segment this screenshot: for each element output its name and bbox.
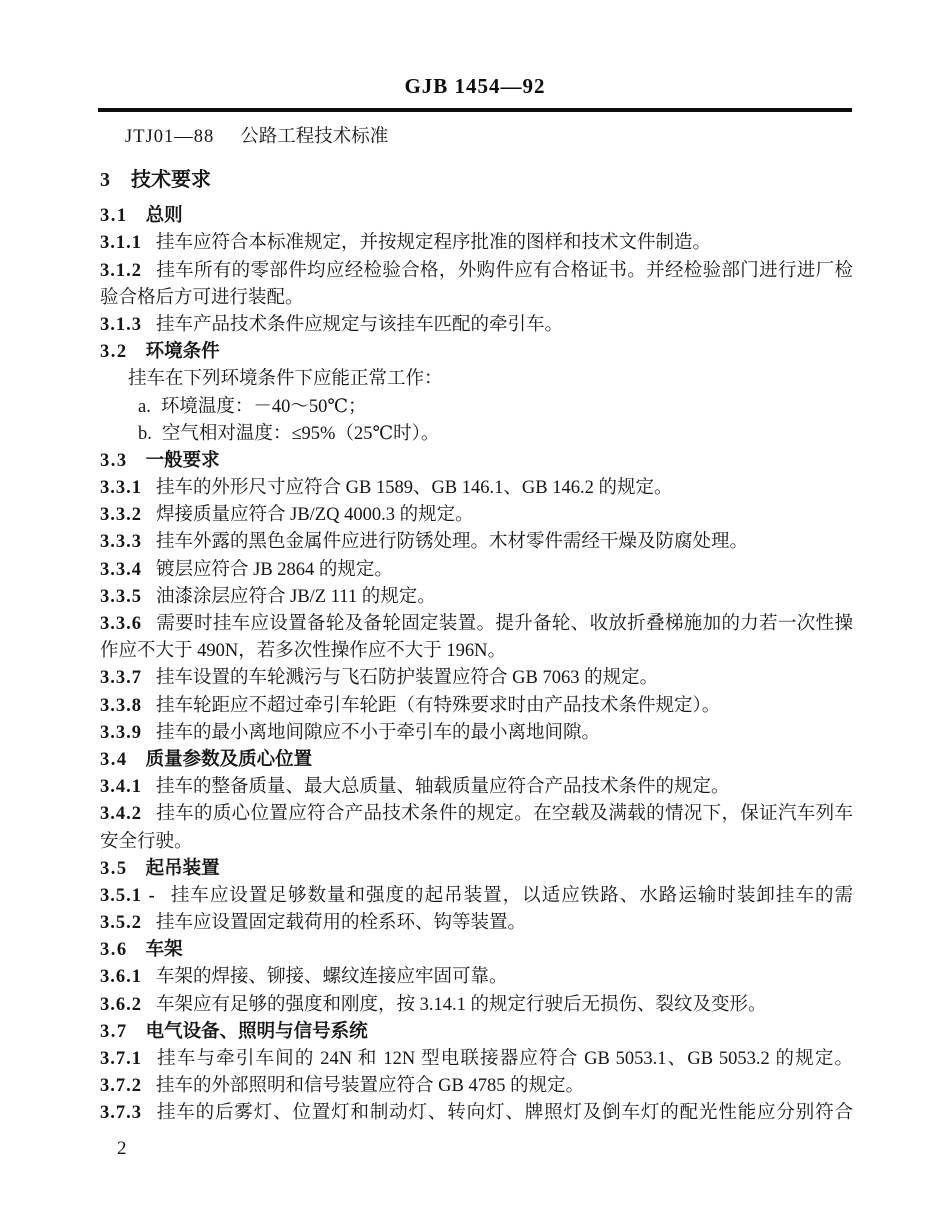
clause-3-4-2-continuation: 安全行驶。	[100, 829, 853, 856]
clause-3-6-1: 3.6.1车架的焊接、铆接、螺纹连接应牢固可靠。	[100, 964, 853, 991]
clause-text: 挂车的质心位置应符合产品技术条件的规定。在空载及满载的情况下，保证汽车列车	[156, 804, 853, 824]
heading-text: 质量参数及质心位置	[146, 750, 313, 770]
clause-number: 3.3.2	[100, 505, 142, 525]
heading-text: 车架	[146, 940, 183, 960]
clause-3-3-7: 3.3.7挂车设置的车轮溅污与飞石防护装置应符合 GB 7063 的规定。	[100, 665, 853, 692]
clause-3-3-6-continuation: 作应不大于 490N，若多次性操作应不大于 196N。	[100, 638, 853, 665]
clause-3-4-1: 3.4.1挂车的整备质量、最大总质量、轴载质量应符合产品技术条件的规定。	[100, 774, 853, 801]
clause-3-3-3: 3.3.3挂车外露的黑色金属件应进行防锈处理。木材零件需经干燥及防腐处理。	[100, 529, 853, 556]
clause-number: 3.7.3	[100, 1103, 142, 1123]
list-text: 空气相对温度：≤95%（25℃时）。	[162, 424, 440, 444]
heading-text: 一般要求	[146, 451, 220, 471]
clause-text: 挂车应符合本标准规定，并按规定程序批准的图样和技术文件制造。	[156, 233, 711, 253]
clause-text: 车架的焊接、铆接、螺纹连接应牢固可靠。	[156, 967, 508, 987]
clause-number: 3.1.2	[100, 261, 142, 281]
page-number: 2	[117, 1138, 127, 1160]
clause-text: 挂车与牵引车间的 24N 和 12N 型电联接器应符合 GB 5053.1、GB…	[156, 1049, 853, 1069]
clause-number: 3.3.4	[100, 560, 142, 580]
clause-number: 3.1.3	[100, 315, 142, 335]
clause-number: 3.4	[100, 750, 128, 770]
heading-text: 起吊装置	[146, 859, 220, 879]
clause-text: 挂车应设置足够数量和强度的起吊装置，以适应铁路、水路运输时装卸挂车的需要。	[100, 886, 853, 910]
section-heading-3-1: 3.1总则	[100, 203, 853, 230]
section-heading-3: 3技术要求	[100, 165, 853, 195]
clause-3-4-2: 3.4.2挂车的质心位置应符合产品技术条件的规定。在空载及满载的情况下，保证汽车…	[100, 801, 853, 828]
clause-text: 挂车的外部照明和信号装置应符合 GB 4785 的规定。	[156, 1076, 584, 1096]
section-heading-3-6: 3.6车架	[100, 937, 853, 964]
clause-number: 3.6.2	[100, 995, 142, 1015]
clause-number: 3.4.1	[100, 777, 142, 797]
clause-3-3-6: 3.3.6需要时挂车应设置备轮及备轮固定装置。提升备轮、收放折叠梯施加的力若一次…	[100, 611, 853, 638]
heading-text: 技术要求	[131, 169, 211, 191]
clause-text: 车架应有足够的强度和刚度，按 3.14.1 的规定行驶后无损伤、裂纹及变形。	[156, 995, 767, 1015]
clause-3-7-3: 3.7.3挂车的后雾灯、位置灯和制动灯、转向灯、牌照灯及倒车灯的配光性能应分别符…	[100, 1100, 853, 1127]
clause-text: 挂车的外形尺寸应符合 GB 1589、GB 146.1、GB 146.2 的规定…	[156, 478, 672, 498]
heading-text: 电气设备、照明与信号系统	[146, 1022, 368, 1042]
clause-text: 需要时挂车应设置备轮及备轮固定装置。提升备轮、收放折叠梯施加的力若一次性操	[156, 614, 853, 634]
clause-text: 挂车的整备质量、最大总质量、轴载质量应符合产品技术条件的规定。	[156, 777, 730, 797]
list-marker: b.	[138, 424, 152, 444]
clause-text: 挂车所有的零部件均应经检验合格，外购件应有合格证书。并经检验部门进行进厂检	[156, 261, 853, 281]
clause-text: 焊接质量应符合 JB/ZQ 4000.3 的规定。	[156, 505, 474, 525]
clause-3-3-2: 3.3.2焊接质量应符合 JB/ZQ 4000.3 的规定。	[100, 502, 853, 529]
clause-3-3-9: 3.3.9挂车的最小离地间隙应不小于牵引车的最小离地间隙。	[100, 720, 853, 747]
clause-text: 作应不大于 490N，若多次性操作应不大于 196N。	[100, 641, 506, 661]
clause-number: 3.3.1	[100, 478, 142, 498]
clause-number: 3.3.9	[100, 723, 142, 743]
clause-text: 挂车的最小离地间隙应不小于牵引车的最小离地间隙。	[156, 723, 600, 743]
clause-number: 3.7.2	[100, 1076, 142, 1096]
clause-3-3-5: 3.3.5油漆涂层应符合 JB/Z 111 的规定。	[100, 584, 853, 611]
clause-3-5-2: 3.5.2挂车应设置固定载荷用的栓系环、钩等装置。	[100, 910, 853, 937]
clause-text: 安全行驶。	[100, 832, 193, 852]
section-heading-3-4: 3.4质量参数及质心位置	[100, 747, 853, 774]
reference-code: JTJ01—88	[125, 127, 214, 147]
clause-number: 3.5.1 -	[100, 886, 156, 906]
clause-number: 3.3.6	[100, 614, 142, 634]
clause-text: 油漆涂层应符合 JB/Z 111 的规定。	[156, 587, 436, 607]
section-heading-3-3: 3.3一般要求	[100, 448, 853, 475]
list-item-b: b.空气相对温度：≤95%（25℃时）。	[100, 421, 853, 448]
clause-text: 挂车外露的黑色金属件应进行防锈处理。木材零件需经干燥及防腐处理。	[156, 532, 748, 552]
clause-3-1-2-continuation: 验合格后方可进行装配。	[100, 285, 853, 312]
list-item-a: a.环境温度：－40～50℃；	[100, 394, 853, 421]
header-rule	[98, 108, 852, 112]
clause-number: 3.1.1	[100, 233, 142, 253]
clause-text: 挂车应设置固定载荷用的栓系环、钩等装置。	[156, 913, 526, 933]
clause-number: 3.7	[100, 1022, 128, 1042]
clause-text: 挂车轮距应不超过牵引车轮距（有特殊要求时由产品技术条件规定）。	[156, 696, 720, 716]
clause-number: 3	[100, 169, 111, 191]
clause-number: 3.1	[100, 206, 128, 226]
clause-number: 3.2	[100, 342, 128, 362]
section-heading-3-2: 3.2环境条件	[100, 339, 853, 366]
page-content: JTJ01—88公路工程技术标准 3技术要求 3.1总则 3.1.1挂车应符合本…	[100, 124, 853, 1128]
clause-text: 挂车在下列环境条件下应能正常工作：	[128, 369, 443, 389]
clause-number: 3.3.3	[100, 532, 142, 552]
clause-3-1-3: 3.1.3挂车产品技术条件应规定与该挂车匹配的牵引车。	[100, 312, 853, 339]
clause-number: 3.3.8	[100, 696, 142, 716]
section-heading-3-5: 3.5起吊装置	[100, 856, 853, 883]
clause-3-1-2: 3.1.2挂车所有的零部件均应经检验合格，外购件应有合格证书。并经检验部门进行进…	[100, 258, 853, 285]
scanned-document-page: GJB 1454—92 JTJ01—88公路工程技术标准 3技术要求 3.1总则…	[0, 0, 950, 1230]
clause-text: 验合格后方可进行装配。	[100, 288, 304, 308]
clause-3-2-intro: 挂车在下列环境条件下应能正常工作：	[100, 366, 853, 393]
reference-entry: JTJ01—88公路工程技术标准	[100, 124, 853, 151]
clause-number: 3.3	[100, 451, 128, 471]
clause-3-6-2: 3.6.2车架应有足够的强度和刚度，按 3.14.1 的规定行驶后无损伤、裂纹及…	[100, 992, 853, 1019]
clause-text: 挂车产品技术条件应规定与该挂车匹配的牵引车。	[156, 315, 563, 335]
list-marker: a.	[138, 397, 151, 417]
list-text: 环境温度：－40～50℃；	[161, 397, 367, 417]
heading-text: 总则	[146, 206, 183, 226]
clause-number: 3.3.7	[100, 668, 142, 688]
clause-3-1-1: 3.1.1挂车应符合本标准规定，并按规定程序批准的图样和技术文件制造。	[100, 230, 853, 257]
clause-3-3-1: 3.3.1挂车的外形尺寸应符合 GB 1589、GB 146.1、GB 146.…	[100, 475, 853, 502]
reference-title: 公路工程技术标准	[240, 127, 388, 147]
clause-number: 3.5.2	[100, 913, 142, 933]
heading-text: 环境条件	[146, 342, 220, 362]
clause-number: 3.4.2	[100, 804, 142, 824]
clause-3-3-4: 3.3.4镀层应符合 JB 2864 的规定。	[100, 557, 853, 584]
clause-number: 3.7.1	[100, 1049, 142, 1069]
clause-number: 3.5	[100, 859, 128, 879]
clause-text: 挂车的后雾灯、位置灯和制动灯、转向灯、牌照灯及倒车灯的配光性能应分别符合	[156, 1103, 853, 1123]
clause-3-3-8: 3.3.8挂车轮距应不超过牵引车轮距（有特殊要求时由产品技术条件规定）。	[100, 693, 853, 720]
clause-3-5-1: 3.5.1 -挂车应设置足够数量和强度的起吊装置，以适应铁路、水路运输时装卸挂车…	[100, 883, 853, 910]
section-heading-3-7: 3.7电气设备、照明与信号系统	[100, 1019, 853, 1046]
clause-number: 3.6.1	[100, 967, 142, 987]
clause-text: 挂车设置的车轮溅污与飞石防护装置应符合 GB 7063 的规定。	[156, 668, 658, 688]
standard-number: GJB 1454—92	[0, 74, 950, 99]
clause-3-7-1: 3.7.1挂车与牵引车间的 24N 和 12N 型电联接器应符合 GB 5053…	[100, 1046, 853, 1073]
clause-number: 3.3.5	[100, 587, 142, 607]
clause-number: 3.6	[100, 940, 128, 960]
clause-3-7-2: 3.7.2挂车的外部照明和信号装置应符合 GB 4785 的规定。	[100, 1073, 853, 1100]
clause-text: 镀层应符合 JB 2864 的规定。	[156, 560, 393, 580]
